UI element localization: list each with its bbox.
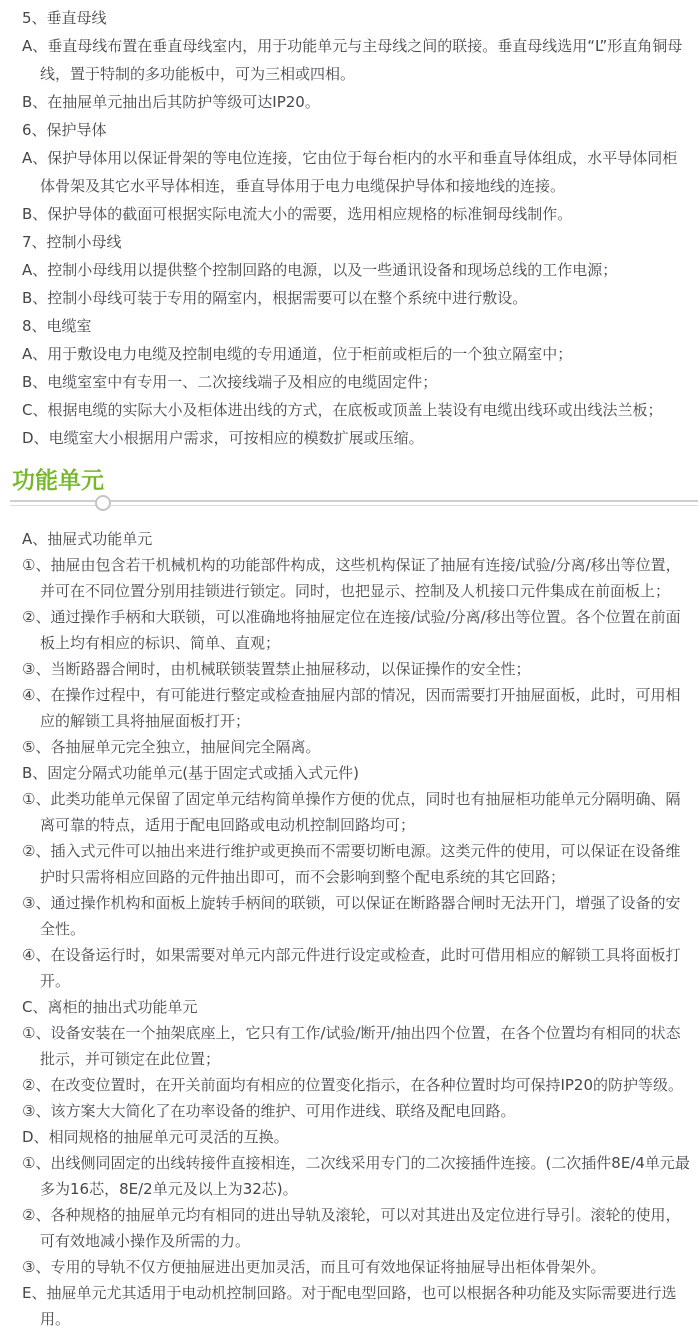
item-label: C、 bbox=[22, 401, 47, 419]
item-text: 设备安装在一个抽架底座上，它只有工作/试验/断开/抽出四个位置，在各个位置均有相… bbox=[40, 1024, 681, 1068]
item-text: 抽屉单元尤其适用于电动机控制回路。对于配电型回路，也可以根据各种功能及实际需要进… bbox=[40, 1284, 677, 1328]
item-label: B、 bbox=[22, 205, 47, 223]
item-text: 此类功能单元保留了固定单元结构简单操作方便的优点，同时也有抽屉柜功能单元分隔明确… bbox=[40, 790, 680, 834]
list-item: C、根据电缆的实际大小及柜体进出线的方式，在底板或顶盖上装设有电缆出线环或出线法… bbox=[22, 396, 692, 424]
item-label: ②、 bbox=[22, 1076, 50, 1094]
item-text: 用于敷设电力电缆及控制电缆的专用通道，位于柜前或柜后的一个独立隔室中； bbox=[47, 345, 572, 363]
list-item: ③、专用的导轨不仅方便抽屉进出更加灵活，而且可有效地保证将抽屉导出柜体骨架外。 bbox=[22, 1254, 692, 1280]
item-text: 在设备运行时，如果需要对单元内部元件进行设定或检查，此时可借用相应的解锁工具将面… bbox=[40, 946, 680, 990]
item-label: A、 bbox=[22, 345, 47, 363]
item-text: 垂直母线 bbox=[47, 9, 107, 27]
list-item: ③、通过操作机构和面板上旋转手柄间的联锁，可以保证在断路器合闸时无法开门，增强了… bbox=[22, 890, 692, 942]
item-text: 抽屉由包含若干机械机构的功能部件构成，这些机构保证了抽屉有连接/试验/分离/移出… bbox=[40, 556, 681, 600]
item-label: E、 bbox=[22, 1284, 46, 1302]
item-text: 控制小母线可装于专用的隔室内，根据需要可以在整个系统中进行敷设。 bbox=[47, 289, 527, 307]
item-text: 插入式元件可以抽出来进行维护或更换而不需要切断电源。这类元件的使用，可以保证在设… bbox=[40, 842, 680, 886]
item-label: B、 bbox=[22, 93, 47, 111]
list-item: ③、当断路器合闸时，由机械联锁装置禁止抽屉移动，以保证操作的安全性； bbox=[22, 656, 692, 682]
list-item: A、抽屉式功能单元 bbox=[22, 526, 692, 552]
list-item: ②、各种规格的抽屉单元均有相同的进出导轨及滚轮，可以对其进出及定位进行导引。滚轮… bbox=[22, 1202, 692, 1254]
item-text: 专用的导轨不仅方便抽屉进出更加灵活，而且可有效地保证将抽屉导出柜体骨架外。 bbox=[50, 1258, 605, 1276]
section-functional-units: A、抽屉式功能单元①、抽屉由包含若干机械机构的功能部件构成，这些机构保证了抽屉有… bbox=[22, 526, 692, 1332]
section-divider bbox=[10, 500, 698, 506]
item-label: 5、 bbox=[22, 9, 47, 27]
list-item: ①、出线侧同固定的出线转接件直接相连，二次线采用专门的二次接插件连接。(二次插件… bbox=[22, 1150, 692, 1202]
item-label: ③、 bbox=[22, 660, 50, 678]
item-text: 电缆室室中有专用一、二次接线端子及相应的电缆固定件； bbox=[47, 373, 437, 391]
item-text: 保护导体的截面可根据实际电流大小的需要，选用相应规格的标准铜母线制作。 bbox=[47, 205, 572, 223]
divider-dot-icon bbox=[95, 495, 111, 511]
item-text: 该方案大大简化了在功率设备的维护、可用作进线、联络及配电回路。 bbox=[50, 1102, 515, 1120]
list-item: ②、在改变位置时，在开关前面均有相应的位置变化指示，在各种位置时均可保持IP20… bbox=[22, 1072, 692, 1098]
list-item: ③、该方案大大简化了在功率设备的维护、可用作进线、联络及配电回路。 bbox=[22, 1098, 692, 1124]
list-item: ⑤、各抽屉单元完全独立，抽屉间完全隔离。 bbox=[22, 734, 692, 760]
list-item: A、用于敷设电力电缆及控制电缆的专用通道，位于柜前或柜后的一个独立隔室中； bbox=[22, 340, 692, 368]
item-label: B、 bbox=[22, 373, 47, 391]
item-label: ③、 bbox=[22, 1102, 50, 1120]
item-label: A、 bbox=[22, 149, 47, 167]
section-busbar-details: 5、垂直母线A、垂直母线布置在垂直母线室内，用于功能单元与主母线之间的联接。垂直… bbox=[22, 4, 692, 452]
item-label: A、 bbox=[22, 530, 47, 548]
item-label: D、 bbox=[22, 429, 49, 447]
section-title: 功能单元 bbox=[12, 468, 692, 494]
item-text: 离柜的抽出式功能单元 bbox=[47, 998, 197, 1016]
list-item: B、控制小母线可装于专用的隔室内，根据需要可以在整个系统中进行敷设。 bbox=[22, 284, 692, 312]
item-label: 8、 bbox=[22, 317, 47, 335]
item-text: 在抽屉单元抽出后其防护等级可达IP20。 bbox=[47, 93, 320, 111]
list-item: C、离柜的抽出式功能单元 bbox=[22, 994, 692, 1020]
item-text: 保护导体 bbox=[47, 121, 107, 139]
list-item: 8、电缆室 bbox=[22, 312, 692, 340]
item-text: 抽屉式功能单元 bbox=[47, 530, 152, 548]
item-text: 控制小母线用以提供整个控制回路的电源，以及一些通讯设备和现场总线的工作电源； bbox=[47, 261, 617, 279]
item-text: 电缆室 bbox=[47, 317, 92, 335]
list-item: A、保护导体用以保证骨架的等电位连接，它由位于每台柜内的水平和垂直导体组成，水平… bbox=[22, 144, 692, 200]
list-item: B、在抽屉单元抽出后其防护等级可达IP20。 bbox=[22, 88, 692, 116]
item-label: A、 bbox=[22, 37, 47, 55]
item-label: 7、 bbox=[22, 233, 47, 251]
list-item: A、垂直母线布置在垂直母线室内，用于功能单元与主母线之间的联接。垂直母线选用“L… bbox=[22, 32, 692, 88]
item-text: 在改变位置时，在开关前面均有相应的位置变化指示，在各种位置时均可保持IP20的防… bbox=[50, 1076, 683, 1094]
item-text: 电缆室大小根据用户需求，可按相应的模数扩展或压缩。 bbox=[49, 429, 424, 447]
list-item: D、电缆室大小根据用户需求，可按相应的模数扩展或压缩。 bbox=[22, 424, 692, 452]
list-item: D、相同规格的抽屉单元可灵活的互换。 bbox=[22, 1124, 692, 1150]
item-label: B、 bbox=[22, 764, 47, 782]
item-label: ②、 bbox=[22, 842, 50, 860]
item-label: C、 bbox=[22, 998, 47, 1016]
list-item: ④、在操作过程中，有可能进行整定或检查抽屉内部的情况，因而需要打开抽屉面板，此时… bbox=[22, 682, 692, 734]
list-item: A、控制小母线用以提供整个控制回路的电源，以及一些通讯设备和现场总线的工作电源； bbox=[22, 256, 692, 284]
item-text: 垂直母线布置在垂直母线室内，用于功能单元与主母线之间的联接。垂直母线选用“L”形… bbox=[40, 37, 682, 83]
item-label: ④、 bbox=[22, 686, 50, 704]
item-text: 根据电缆的实际大小及柜体进出线的方式，在底板或顶盖上装设有电缆出线环或出线法兰板… bbox=[47, 401, 662, 419]
item-label: ④、 bbox=[22, 946, 50, 964]
item-text: 通过操作机构和面板上旋转手柄间的联锁，可以保证在断路器合闸时无法开门，增强了设备… bbox=[40, 894, 680, 938]
item-text: 通过操作手柄和大联锁，可以准确地将抽屉定位在连接/试验/分离/移出等位置。各个位… bbox=[40, 608, 681, 652]
item-text: 各抽屉单元完全独立，抽屉间完全隔离。 bbox=[50, 738, 320, 756]
document-page: 5、垂直母线A、垂直母线布置在垂直母线室内，用于功能单元与主母线之间的联接。垂直… bbox=[0, 0, 700, 1332]
item-label: ②、 bbox=[22, 1206, 50, 1224]
item-label: ②、 bbox=[22, 608, 50, 626]
item-text: 保护导体用以保证骨架的等电位连接，它由位于每台柜内的水平和垂直导体组成，水平导体… bbox=[40, 149, 677, 195]
item-label: A、 bbox=[22, 261, 47, 279]
item-label: ⑤、 bbox=[22, 738, 50, 756]
section-header: 功能单元 bbox=[22, 468, 692, 506]
list-item: B、保护导体的截面可根据实际电流大小的需要，选用相应规格的标准铜母线制作。 bbox=[22, 200, 692, 228]
item-label: ①、 bbox=[22, 790, 50, 808]
item-text: 固定分隔式功能单元(基于固定式或插入式元件) bbox=[47, 764, 359, 782]
item-label: ①、 bbox=[22, 556, 50, 574]
item-label: D、 bbox=[22, 1128, 49, 1146]
list-item: ①、设备安装在一个抽架底座上，它只有工作/试验/断开/抽出四个位置，在各个位置均… bbox=[22, 1020, 692, 1072]
list-item: ①、此类功能单元保留了固定单元结构简单操作方便的优点，同时也有抽屉柜功能单元分隔… bbox=[22, 786, 692, 838]
item-text: 出线侧同固定的出线转接件直接相连，二次线采用专门的二次接插件连接。(二次插件8E… bbox=[40, 1154, 690, 1198]
item-label: ③、 bbox=[22, 894, 50, 912]
item-label: B、 bbox=[22, 289, 47, 307]
item-text: 各种规格的抽屉单元均有相同的进出导轨及滚轮，可以对其进出及定位进行导引。滚轮的使… bbox=[40, 1206, 680, 1250]
item-label: 6、 bbox=[22, 121, 47, 139]
list-item: ①、抽屉由包含若干机械机构的功能部件构成，这些机构保证了抽屉有连接/试验/分离/… bbox=[22, 552, 692, 604]
list-item: 5、垂直母线 bbox=[22, 4, 692, 32]
list-item: 6、保护导体 bbox=[22, 116, 692, 144]
item-text: 在操作过程中，有可能进行整定或检查抽屉内部的情况，因而需要打开抽屉面板，此时，可… bbox=[40, 686, 680, 730]
list-item: ②、通过操作手柄和大联锁，可以准确地将抽屉定位在连接/试验/分离/移出等位置。各… bbox=[22, 604, 692, 656]
list-item: 7、控制小母线 bbox=[22, 228, 692, 256]
list-item: ④、在设备运行时，如果需要对单元内部元件进行设定或检查，此时可借用相应的解锁工具… bbox=[22, 942, 692, 994]
list-item: B、固定分隔式功能单元(基于固定式或插入式元件) bbox=[22, 760, 692, 786]
list-item: E、抽屉单元尤其适用于电动机控制回路。对于配电型回路，也可以根据各种功能及实际需… bbox=[22, 1280, 692, 1332]
list-item: B、电缆室室中有专用一、二次接线端子及相应的电缆固定件； bbox=[22, 368, 692, 396]
item-label: ①、 bbox=[22, 1154, 50, 1172]
item-text: 相同规格的抽屉单元可灵活的互换。 bbox=[49, 1128, 289, 1146]
item-text: 控制小母线 bbox=[47, 233, 122, 251]
item-label: ③、 bbox=[22, 1258, 50, 1276]
item-text: 当断路器合闸时，由机械联锁装置禁止抽屉移动，以保证操作的安全性； bbox=[50, 660, 530, 678]
item-label: ①、 bbox=[22, 1024, 50, 1042]
list-item: ②、插入式元件可以抽出来进行维护或更换而不需要切断电源。这类元件的使用，可以保证… bbox=[22, 838, 692, 890]
